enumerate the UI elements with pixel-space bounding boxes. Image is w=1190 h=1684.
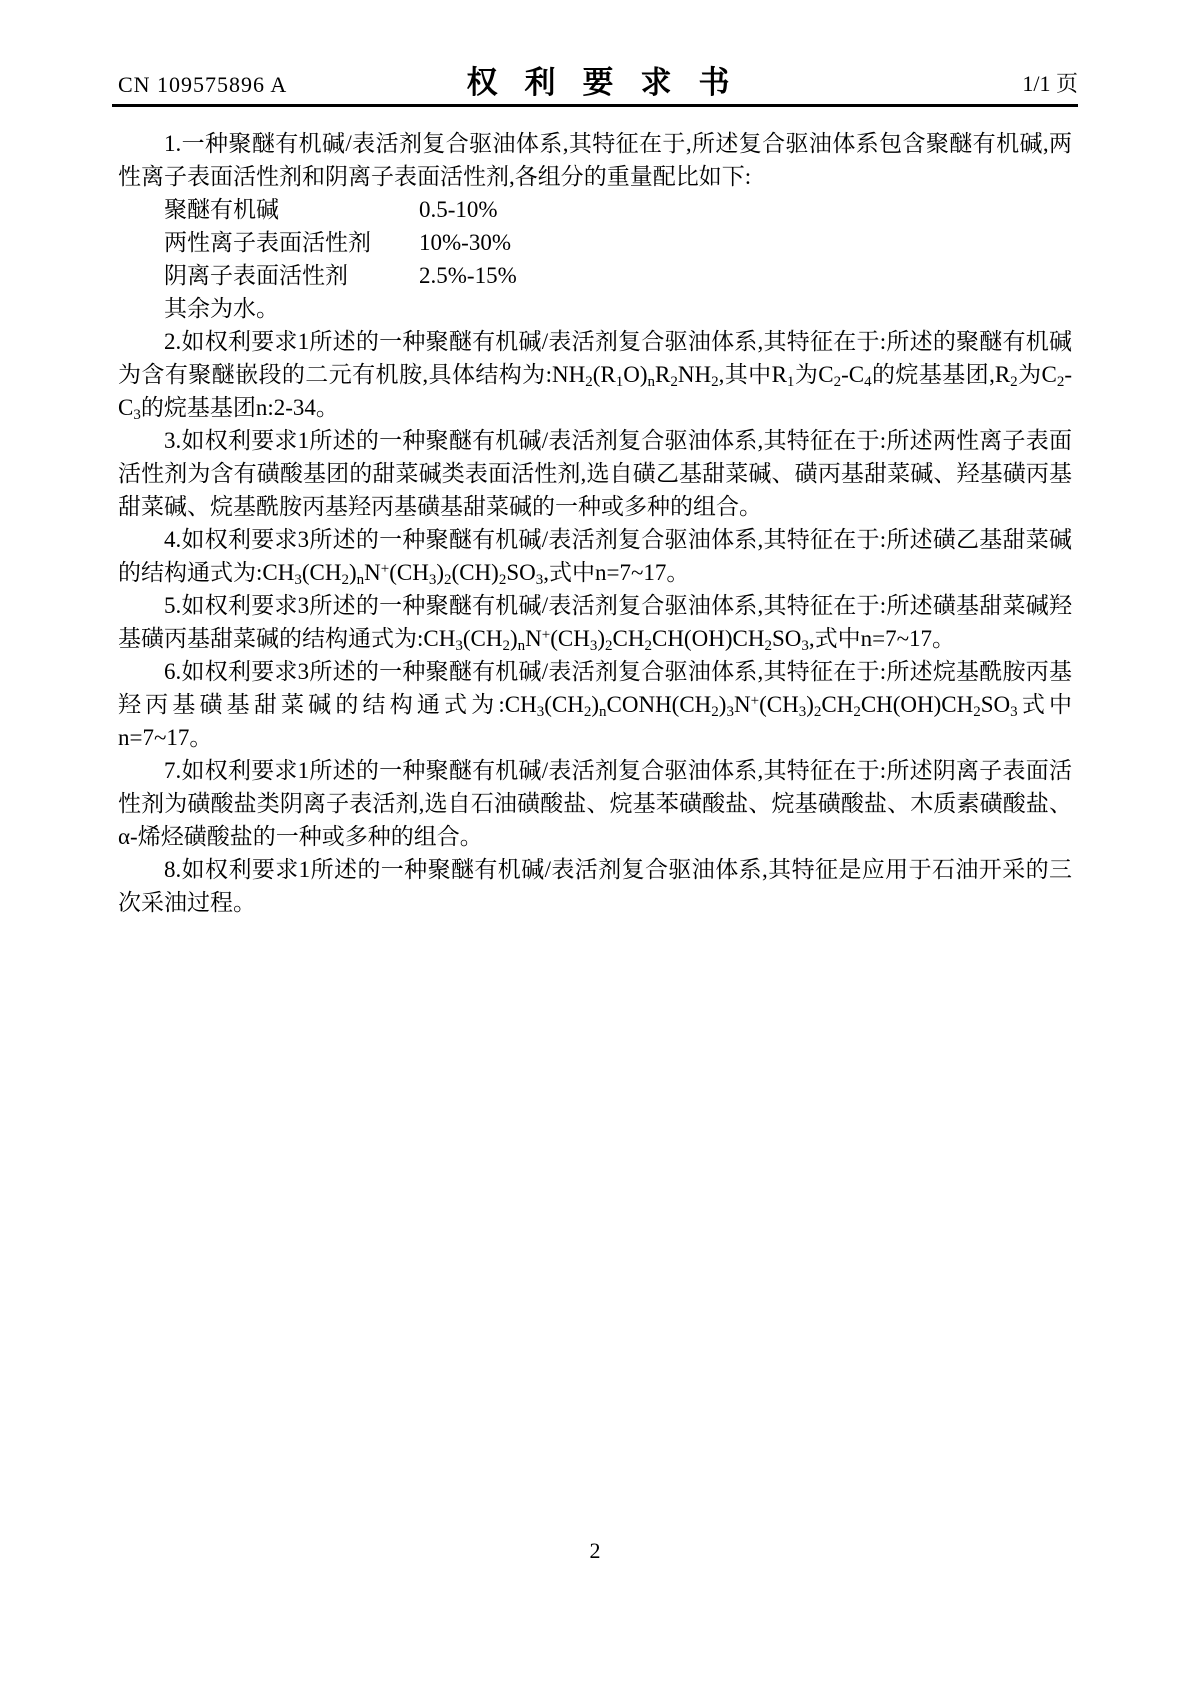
formula-subscript: 2 [1010, 374, 1018, 390]
formula-subscript: 1 [616, 374, 624, 390]
formula-subscript: 2 [499, 572, 507, 588]
formula-superscript: + [381, 561, 389, 577]
formula-subscript: n [648, 374, 656, 390]
claim-paragraph: 7.如权利要求1所述的一种聚醚有机碱/表活剂复合驱油体系,其特征在于:所述阴离子… [118, 754, 1072, 853]
formula-subscript: 3 [590, 638, 598, 654]
formula-subscript: 2 [605, 638, 613, 654]
text-line: 其余为水。 [118, 292, 1072, 325]
component-range: 0.5-10% [419, 193, 1072, 226]
claims-body: 1.一种聚醚有机碱/表活剂复合驱油体系,其特征在于,所述复合驱油体系包含聚醚有机… [118, 127, 1072, 919]
formula-subscript: 1 [787, 374, 795, 390]
formula-subscript: 3 [537, 704, 545, 720]
document-title: 权利要求书 [440, 57, 757, 102]
formula-superscript: + [751, 693, 759, 709]
formula-subscript: n [357, 572, 365, 588]
formula-subscript: 2 [644, 638, 652, 654]
formula-subscript: 4 [864, 374, 872, 390]
formula-subscript: 3 [799, 704, 807, 720]
formula-subscript: 3 [455, 638, 463, 654]
component-name: 阴离子表面活性剂 [164, 259, 419, 292]
formula-subscript: 3 [726, 704, 734, 720]
formula-subscript: 2 [853, 704, 861, 720]
claim-paragraph: 2.如权利要求1所述的一种聚醚有机碱/表活剂复合驱油体系,其特征在于:所述的聚醚… [118, 325, 1072, 424]
formula-subscript: 3 [133, 407, 141, 423]
formula-subscript: 2 [814, 704, 822, 720]
formula-subscript: 3 [1010, 704, 1018, 720]
header-divider-line [112, 104, 1078, 107]
claim-paragraph: 1.一种聚醚有机碱/表活剂复合驱油体系,其特征在于,所述复合驱油体系包含聚醚有机… [118, 127, 1072, 193]
component-name: 两性离子表面活性剂 [164, 226, 419, 259]
formula-subscript: 2 [341, 572, 349, 588]
component-row: 阴离子表面活性剂2.5%-15% [118, 259, 1072, 292]
patent-claims-page: CN 109575896 A 权利要求书 1/1 页 1.一种聚醚有机碱/表活剂… [0, 0, 1190, 1684]
formula-superscript: + [542, 627, 550, 643]
component-row: 聚醚有机碱0.5-10% [118, 193, 1072, 226]
claim-paragraph: 4.如权利要求3所述的一种聚醚有机碱/表活剂复合驱油体系,其特征在于:所述磺乙基… [118, 523, 1072, 589]
formula-subscript: 2 [584, 704, 592, 720]
formula-subscript: 3 [294, 572, 302, 588]
formula-subscript: 2 [834, 374, 842, 390]
claim-paragraph: 5.如权利要求3所述的一种聚醚有机碱/表活剂复合驱油体系,其特征在于:所述磺基甜… [118, 589, 1072, 655]
formula-subscript: 2 [670, 374, 678, 390]
formula-subscript: 3 [536, 572, 544, 588]
formula-subscript: 2 [502, 638, 510, 654]
formula-subscript: 3 [801, 638, 809, 654]
component-name: 聚醚有机碱 [164, 193, 419, 226]
claim-paragraph: 3.如权利要求1所述的一种聚醚有机碱/表活剂复合驱油体系,其特征在于:所述两性离… [118, 424, 1072, 523]
claim-paragraph: 8.如权利要求1所述的一种聚醚有机碱/表活剂复合驱油体系,其特征是应用于石油开采… [118, 853, 1072, 919]
component-range: 10%-30% [419, 226, 1072, 259]
formula-subscript: n [518, 638, 526, 654]
claim-paragraph: 6.如权利要求3所述的一种聚醚有机碱/表活剂复合驱油体系,其特征在于:所述烷基酰… [118, 655, 1072, 754]
formula-subscript: n [599, 704, 607, 720]
formula-subscript: 2 [973, 704, 981, 720]
formula-subscript: 2 [585, 374, 593, 390]
page-indicator: 1/1 页 [1022, 67, 1078, 98]
component-range: 2.5%-15% [419, 259, 1072, 292]
document-header: CN 109575896 A 权利要求书 1/1 页 [118, 60, 1078, 102]
formula-subscript: 2 [711, 704, 719, 720]
formula-subscript: 2 [764, 638, 772, 654]
formula-subscript: 2 [1057, 374, 1065, 390]
formula-subscript: 2 [444, 572, 452, 588]
footer-page-number: 2 [0, 1538, 1190, 1564]
formula-subscript: 3 [429, 572, 437, 588]
component-row: 两性离子表面活性剂10%-30% [118, 226, 1072, 259]
formula-subscript: 2 [711, 374, 719, 390]
patent-number: CN 109575896 A [118, 72, 287, 98]
